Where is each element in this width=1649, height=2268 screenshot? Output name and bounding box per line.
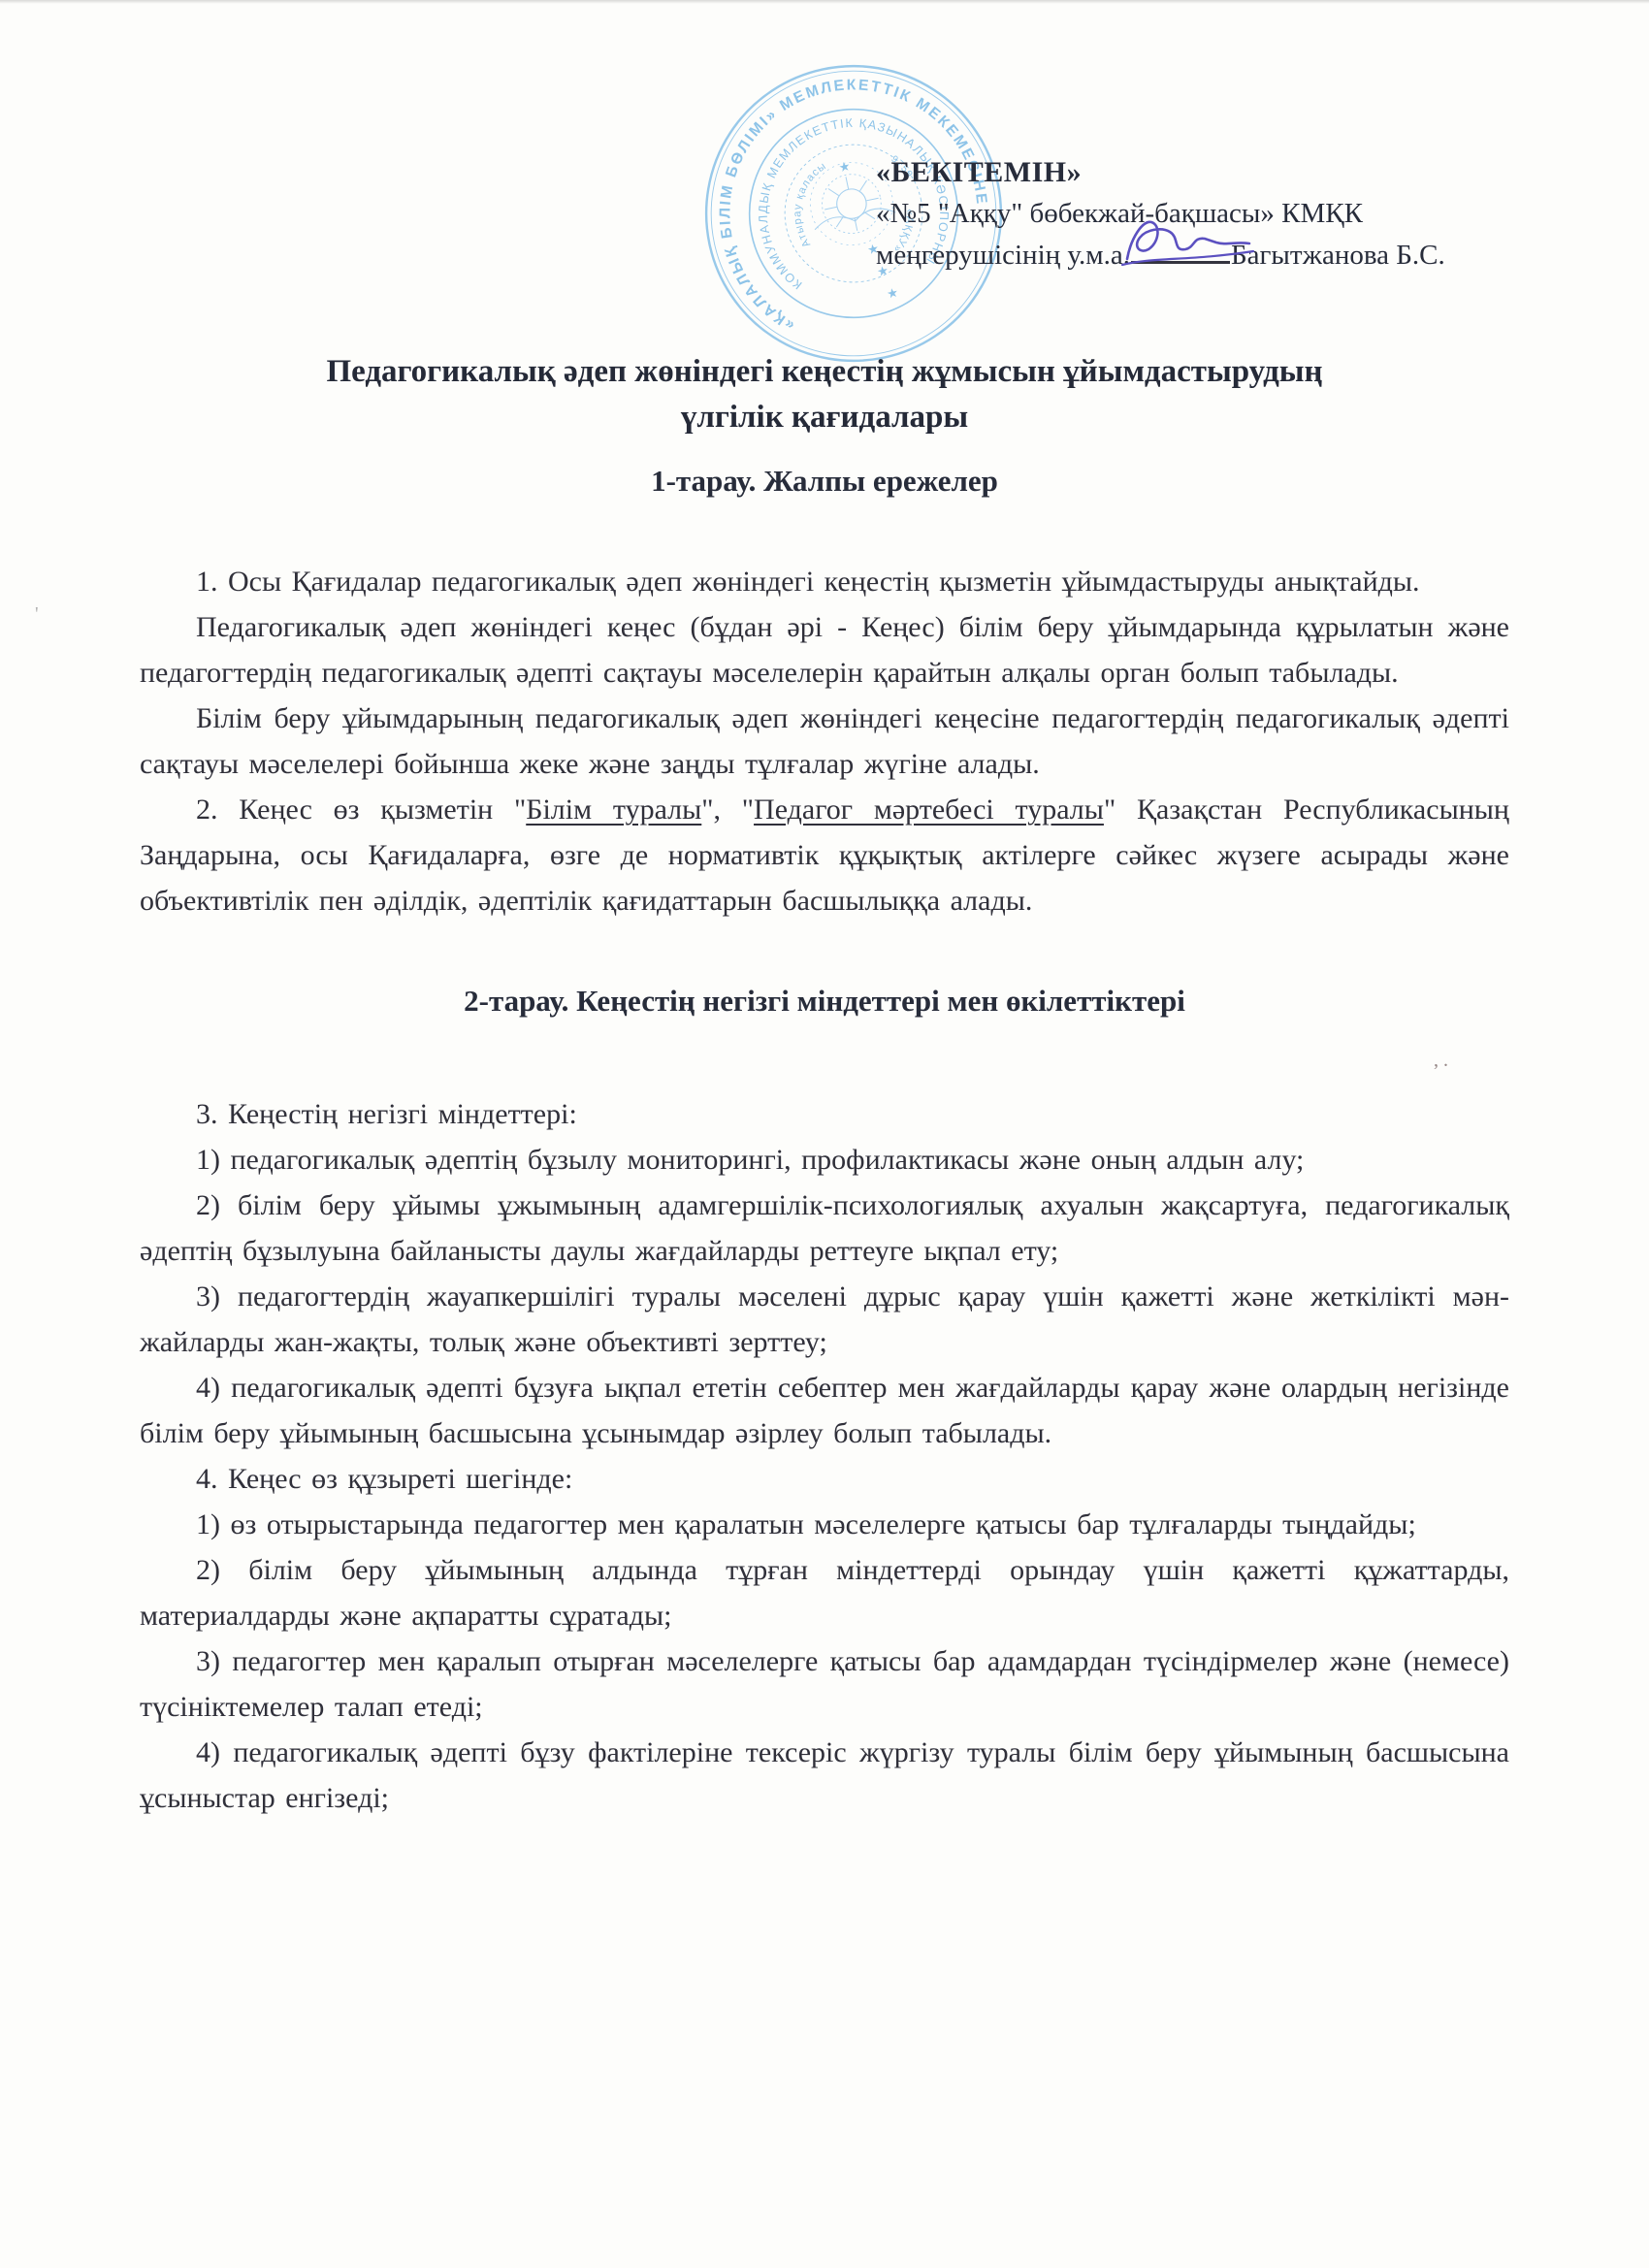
stamp-top-star-icon: ★	[837, 158, 852, 175]
power-item-2: 2) білім беру ұйымының алдында тұрған мі…	[140, 1547, 1509, 1638]
task-item-2: 2) білім беру ұйымы ұжымының адамгершілі…	[140, 1183, 1509, 1274]
scan-edge-artifact	[0, 0, 1649, 4]
paragraph-2: Педагогикалық әдеп жөніндегі кеңес (бұда…	[140, 604, 1509, 696]
scanned-document-page: «ҚАЛАЛЫҚ БІЛІМ БӨЛІМІ» МЕМЛЕКЕТТІК МЕКЕМ…	[0, 0, 1649, 2268]
approver-name: Багытжанова Б.С.	[1231, 240, 1445, 271]
chapter-2-heading: 2-тарау. Кеңестің негізгі міндеттері мен…	[140, 978, 1509, 1023]
clause-3-intro: 3. Кеңестің негізгі міндеттері:	[140, 1091, 1509, 1137]
law-reference-teacher-status: Педагог мәртебесі туралы	[754, 794, 1104, 826]
clause-4-intro: 4. Кеңес өз құзыреті шегінде:	[140, 1456, 1509, 1502]
chapter-1-body: 1. Осы Қағидалар педагогикалық әдеп жөні…	[140, 559, 1509, 923]
chapter-1-heading: 1-тарау. Жалпы ережелер	[140, 458, 1509, 503]
signature-underline	[1131, 243, 1230, 264]
approver-position: меңгерушісінің у.м.а.	[876, 240, 1130, 271]
stamp-star-icon: ★	[886, 285, 900, 302]
paragraph-4-text: ", "	[701, 794, 754, 826]
task-item-3: 3) педагогтердің жауапкершілігі туралы м…	[140, 1274, 1509, 1365]
approval-block: «БЕКІТЕМІН» «№5 "Аққу" бөбекжай-бақшасы»…	[876, 151, 1445, 276]
svg-text:Атырау қаласы: Атырау қаласы	[767, 160, 858, 250]
task-item-1: 1) педагогикалық әдептің бұзылу монитори…	[140, 1137, 1509, 1183]
stamp-city-text: Атырау қаласы	[767, 160, 858, 250]
paragraph-1: 1. Осы Қағидалар педагогикалық әдеп жөні…	[140, 559, 1509, 604]
chapter-2-body: 3. Кеңестің негізгі міндеттері: 1) педаг…	[140, 1091, 1509, 1821]
power-item-4: 4) педагогикалық әдепті бұзу фактілеріне…	[140, 1730, 1509, 1821]
paragraph-4-text: 2. Кеңес өз қызметін "	[196, 794, 526, 826]
paragraph-3: Білім беру ұйымдарының педагогикалық әде…	[140, 696, 1509, 787]
power-item-3: 3) педагогтер мен қаралып отырған мәселе…	[140, 1638, 1509, 1730]
task-item-4: 4) педагогикалық әдепті бұзуға ықпал ете…	[140, 1365, 1509, 1456]
handwritten-signature	[1119, 212, 1263, 276]
document-title-line1: Педагогикалық әдеп жөніндегі кеңестің жұ…	[140, 349, 1509, 395]
document-title: Педагогикалық әдеп жөніндегі кеңестің жұ…	[140, 349, 1509, 440]
document-title-line2: үлгілік қағидалары	[140, 395, 1509, 440]
signature-line: меңгерушісінің у.м.а. Багытжанова Б.С.	[876, 235, 1445, 276]
power-item-1: 1) өз отырыстарында педагогтер мен қарал…	[140, 1502, 1509, 1547]
law-reference-education: Білім туралы	[526, 794, 701, 826]
paragraph-4: 2. Кеңес өз қызметін "Білім туралы", "Пе…	[140, 787, 1509, 923]
approval-title: «БЕКІТЕМІН»	[876, 151, 1445, 193]
document-content: Педагогикалық әдеп жөніндегі кеңестің жұ…	[0, 349, 1649, 1821]
